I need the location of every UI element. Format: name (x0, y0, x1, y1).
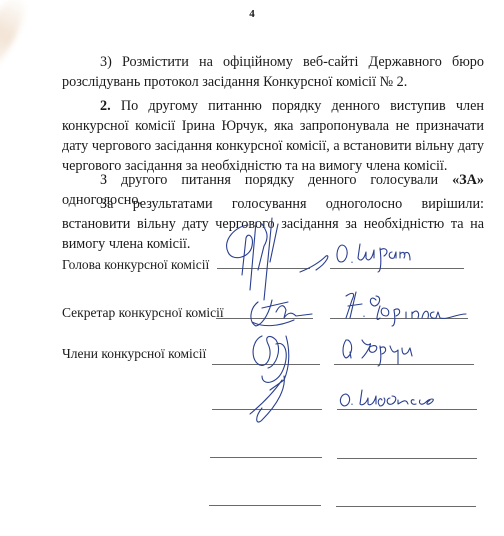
paragraph-item-3-text: 3) Розмістити на офіційному веб-сайті Де… (62, 54, 484, 90)
vote-text-pre: З другого питання порядку денного голосу… (100, 172, 452, 188)
member2-signature (250, 376, 284, 422)
member1-signature (253, 336, 289, 390)
vote-za: «ЗА» (452, 172, 484, 188)
secretary-name-line (330, 318, 468, 319)
paragraph-item-3: 3) Розмістити на офіційному веб-сайті Де… (62, 52, 484, 92)
paragraph-point-2: 2. По другому питанню порядку денного ви… (62, 96, 484, 176)
member1-signature-line (212, 364, 320, 365)
secretary-signature-line (216, 318, 313, 319)
member3-name-line (337, 458, 477, 459)
member3-signature-line (210, 457, 322, 458)
members-label: Члени конкурсної комісії (62, 346, 206, 362)
result-text: За результатами голосування одноголосно … (62, 196, 484, 252)
point-2-text: По другому питанню порядку денного висту… (62, 98, 484, 174)
member4-signature-line (209, 505, 321, 506)
secretary-signature (251, 300, 312, 326)
member2-name (340, 390, 433, 406)
point-number: 2. (100, 98, 111, 114)
member1-name-line (334, 364, 474, 365)
chair-signature-line (217, 268, 310, 269)
member2-signature-line (212, 409, 322, 410)
chair-label: Голова конкурсної комісії (62, 257, 209, 273)
page-number: 4 (0, 8, 504, 20)
paragraph-result: За результатами голосування одноголосно … (62, 194, 484, 254)
member1-name (343, 340, 412, 366)
secretary-label: Секретар конкурсної комісії (62, 305, 224, 321)
member4-name-line (336, 506, 476, 507)
member2-name-line (337, 409, 477, 410)
chair-name-line (330, 268, 464, 269)
secretary-name (346, 292, 466, 326)
